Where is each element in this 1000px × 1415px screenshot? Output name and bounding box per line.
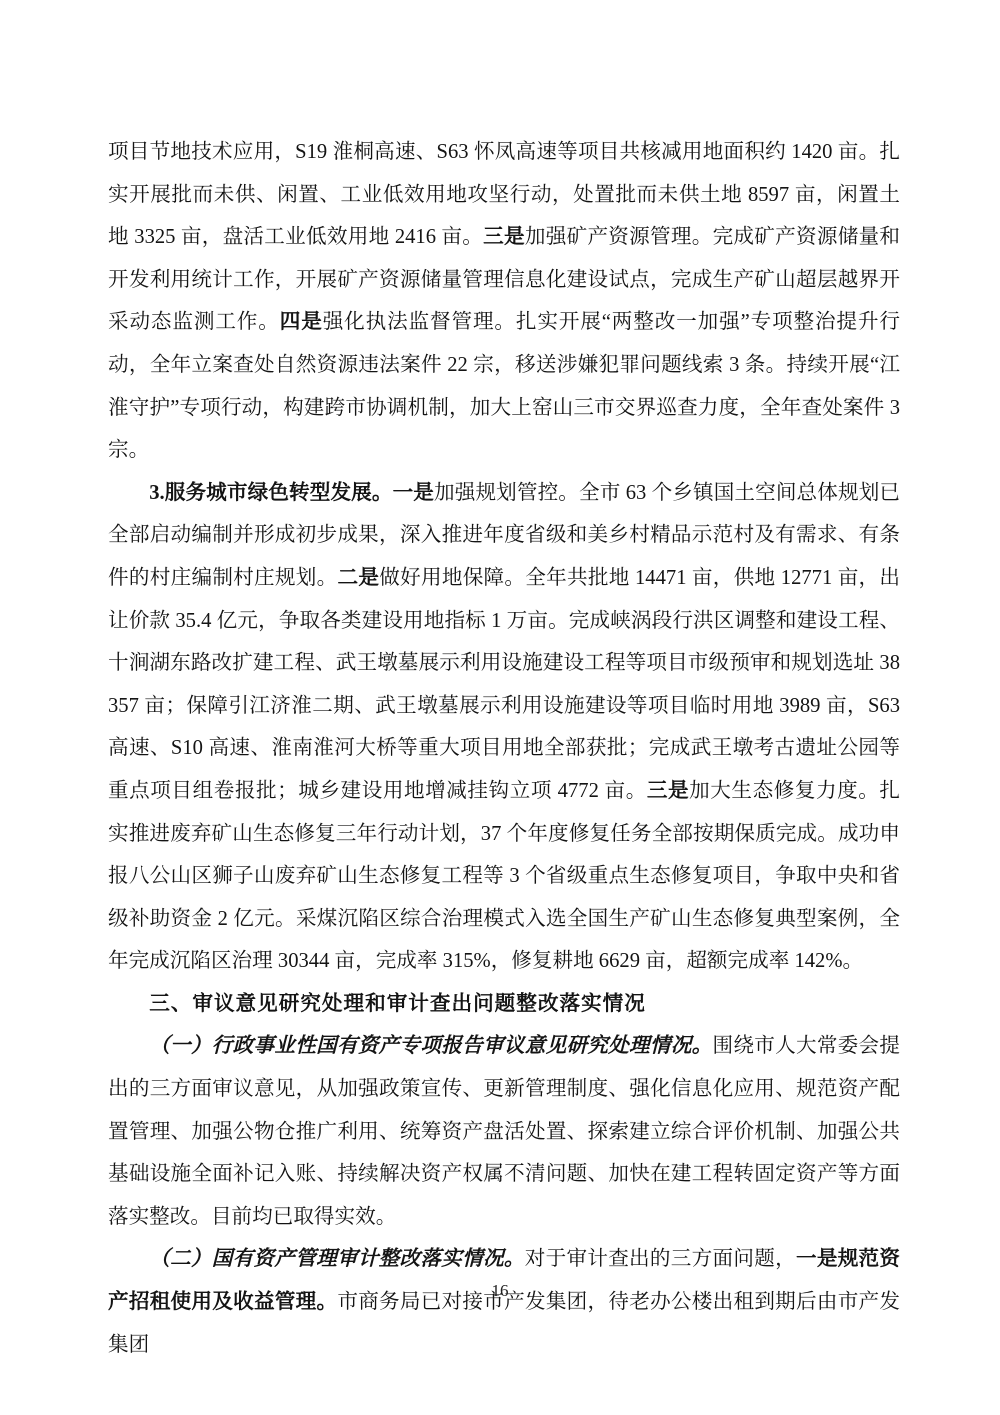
paragraph-natural-resources-continuation: 项目节地技术应用，S19 淮桐高速、S63 怀凤高速等项目共核减用地面积约 14… <box>108 131 900 472</box>
text-run-bold: 三是 <box>483 226 525 248</box>
text-run-kaiti-bold: （二）国有资产管理审计整改落实情况。 <box>149 1248 525 1270</box>
document-page: 项目节地技术应用，S19 淮桐高速、S63 怀凤高速等项目共核减用地面积约 14… <box>0 0 1000 1415</box>
text-run-bold: 二是 <box>338 567 380 589</box>
paragraph-item-one: （一）行政事业性国有资产专项报告审议意见研究处理情况。围绕市人大常委会提出的三方… <box>108 1025 900 1238</box>
document-body: 项目节地技术应用，S19 淮桐高速、S63 怀凤高速等项目共核减用地面积约 14… <box>108 131 900 1366</box>
text-run: 做好用地保障。全年共批地 14471 亩，供地 12771 亩，出让价款 35.… <box>108 567 900 802</box>
section-heading-text: 三、审议意见研究处理和审计查出问题整改落实情况 <box>149 992 646 1015</box>
text-run: 围绕市人大常委会提出的三方面审议意见，从加强政策宣传、更新管理制度、强化信息化应… <box>108 1035 900 1227</box>
text-run: 强化执法监督管理。扎实开展“两整改一加强”专项整治提升行动，全年立案查处自然资源… <box>108 311 900 461</box>
text-run: 加大生态修复力度。扎实推进废弃矿山生态修复三年行动计划，37 个年度修复任务全部… <box>108 780 900 972</box>
text-run-bold: 一是 <box>393 482 434 504</box>
paragraph-green-transition: 3.服务城市绿色转型发展。一是加强规划管控。全市 63 个乡镇国土空间总体规划已… <box>108 472 900 983</box>
text-run: 对于审计查出的三方面问题， <box>525 1248 796 1270</box>
text-run-kaiti-bold: （一）行政事业性国有资产专项报告审议意见研究处理情况。 <box>149 1035 712 1057</box>
text-run-bold: 四是 <box>280 311 323 333</box>
page-number: 16 <box>0 1278 1000 1304</box>
text-run-bold: 三是 <box>647 780 689 802</box>
text-run-bold: 3.服务城市绿色转型发展。 <box>149 482 392 504</box>
section-heading: 三、审议意见研究处理和审计查出问题整改落实情况 <box>108 983 900 1026</box>
